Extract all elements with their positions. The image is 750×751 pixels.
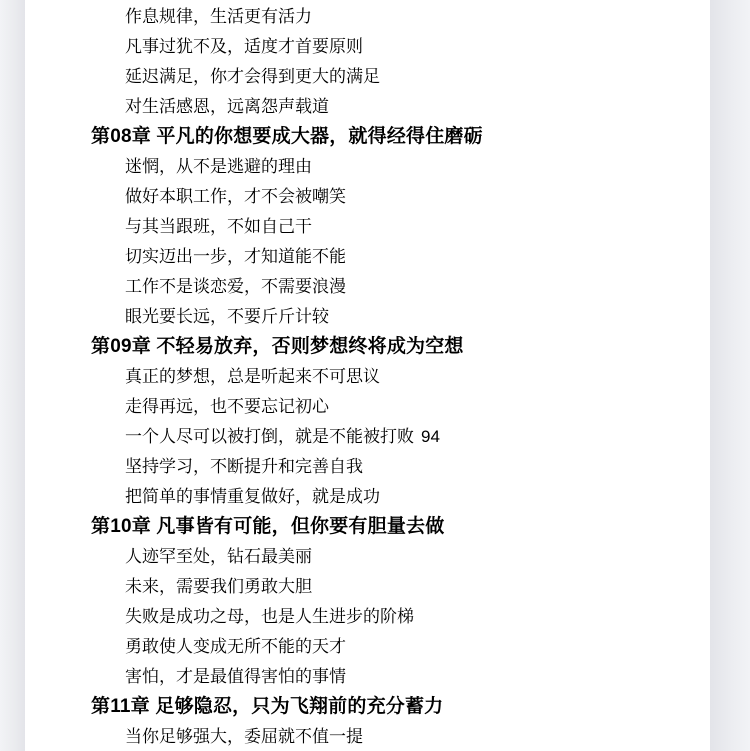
toc-entry[interactable]: 走得再远，也不要忘记初心 [25, 392, 710, 422]
toc-entry-label: 第11章 足够隐忍，只为飞翔前的充分蓄力 [91, 696, 443, 717]
reader-page: 作息规律，生活更有活力凡事过犹不及，适度才首要原则延迟满足，你才会得到更大的满足… [0, 0, 750, 751]
toc-chapter-entry[interactable]: 第10章 凡事皆有可能，但你要有胆量去做 [25, 512, 710, 542]
toc-entry-label: 凡事过犹不及，适度才首要原则 [125, 37, 363, 56]
toc-entry-label: 延迟满足，你才会得到更大的满足 [125, 67, 380, 86]
toc-entry[interactable]: 迷惘，从不是逃避的理由 [25, 152, 710, 182]
toc-entry-label: 第08章 平凡的你想要成大器，就得经得住磨砺 [91, 126, 483, 147]
toc-entry[interactable]: 与其当跟班，不如自己干 [25, 212, 710, 242]
toc-entry[interactable]: 做好本职工作，才不会被嘲笑 [25, 182, 710, 212]
toc-entry[interactable]: 坚持学习，不断提升和完善自我 [25, 452, 710, 482]
toc-entry-label: 一个人尽可以被打倒，就是不能被打败 [125, 427, 414, 446]
toc-entry-label: 工作不是谈恋爱，不需要浪漫 [125, 277, 346, 296]
toc-entry-label: 走得再远，也不要忘记初心 [125, 397, 329, 416]
toc-entry[interactable]: 工作不是谈恋爱，不需要浪漫 [25, 272, 710, 302]
toc-entry-label: 勇敢使人变成无所不能的天才 [125, 637, 346, 656]
toc-entry[interactable]: 延迟满足，你才会得到更大的满足 [25, 62, 710, 92]
toc-chapter-entry[interactable]: 第08章 平凡的你想要成大器，就得经得住磨砺 [25, 122, 710, 152]
toc-entry-label: 坚持学习，不断提升和完善自我 [125, 457, 363, 476]
toc-entry-label: 真正的梦想，总是听起来不可思议 [125, 367, 380, 386]
toc-entry-label: 迷惘，从不是逃避的理由 [125, 157, 312, 176]
page-number: 94 [421, 427, 440, 446]
toc-entry[interactable]: 把简单的事情重复做好，就是成功 [25, 482, 710, 512]
toc-entry[interactable]: 失败是成功之母，也是人生进步的阶梯 [25, 602, 710, 632]
toc-entry[interactable]: 当你足够强大，委屈就不值一提 [25, 722, 710, 751]
toc-entry-label: 对生活感恩，远离怨声载道 [125, 97, 329, 116]
toc-entry[interactable]: 人迹罕至处，钻石最美丽 [25, 542, 710, 572]
toc-entry-label: 眼光要长远，不要斤斤计较 [125, 307, 329, 326]
toc-entry-label: 失败是成功之母，也是人生进步的阶梯 [125, 607, 414, 626]
toc-entry[interactable]: 切实迈出一步，才知道能不能 [25, 242, 710, 272]
toc-entry-label: 第10章 凡事皆有可能，但你要有胆量去做 [91, 516, 444, 537]
toc-entry-label: 未来，需要我们勇敢大胆 [125, 577, 312, 596]
toc-entry[interactable]: 作息规律，生活更有活力 [25, 2, 710, 32]
toc-entry[interactable]: 真正的梦想，总是听起来不可思议 [25, 362, 710, 392]
toc-entry-label: 做好本职工作，才不会被嘲笑 [125, 187, 346, 206]
page-gutter-right [710, 0, 750, 751]
toc-entry[interactable]: 未来，需要我们勇敢大胆 [25, 572, 710, 602]
toc-entry[interactable]: 勇敢使人变成无所不能的天才 [25, 632, 710, 662]
toc-entry-label: 作息规律，生活更有活力 [125, 7, 312, 26]
toc-chapter-entry[interactable]: 第11章 足够隐忍，只为飞翔前的充分蓄力 [25, 692, 710, 722]
toc-entry-label: 第09章 不轻易放弃，否则梦想终将成为空想 [91, 336, 464, 357]
toc-entry-label: 人迹罕至处，钻石最美丽 [125, 547, 312, 566]
toc-entry[interactable]: 眼光要长远，不要斤斤计较 [25, 302, 710, 332]
toc-entry-label: 切实迈出一步，才知道能不能 [125, 247, 346, 266]
page-gutter-left [0, 0, 25, 751]
toc-entry-label: 把简单的事情重复做好，就是成功 [125, 487, 380, 506]
toc-list: 作息规律，生活更有活力凡事过犹不及，适度才首要原则延迟满足，你才会得到更大的满足… [25, 2, 710, 751]
toc-entry[interactable]: 一个人尽可以被打倒，就是不能被打败94 [25, 422, 710, 452]
toc-entry-label: 害怕，才是最值得害怕的事情 [125, 667, 346, 686]
toc-entry[interactable]: 害怕，才是最值得害怕的事情 [25, 662, 710, 692]
toc-entry-label: 与其当跟班，不如自己干 [125, 217, 312, 236]
toc-entry[interactable]: 凡事过犹不及，适度才首要原则 [25, 32, 710, 62]
toc-chapter-entry[interactable]: 第09章 不轻易放弃，否则梦想终将成为空想 [25, 332, 710, 362]
toc-entry-label: 当你足够强大，委屈就不值一提 [125, 727, 363, 746]
toc-entry[interactable]: 对生活感恩，远离怨声载道 [25, 92, 710, 122]
